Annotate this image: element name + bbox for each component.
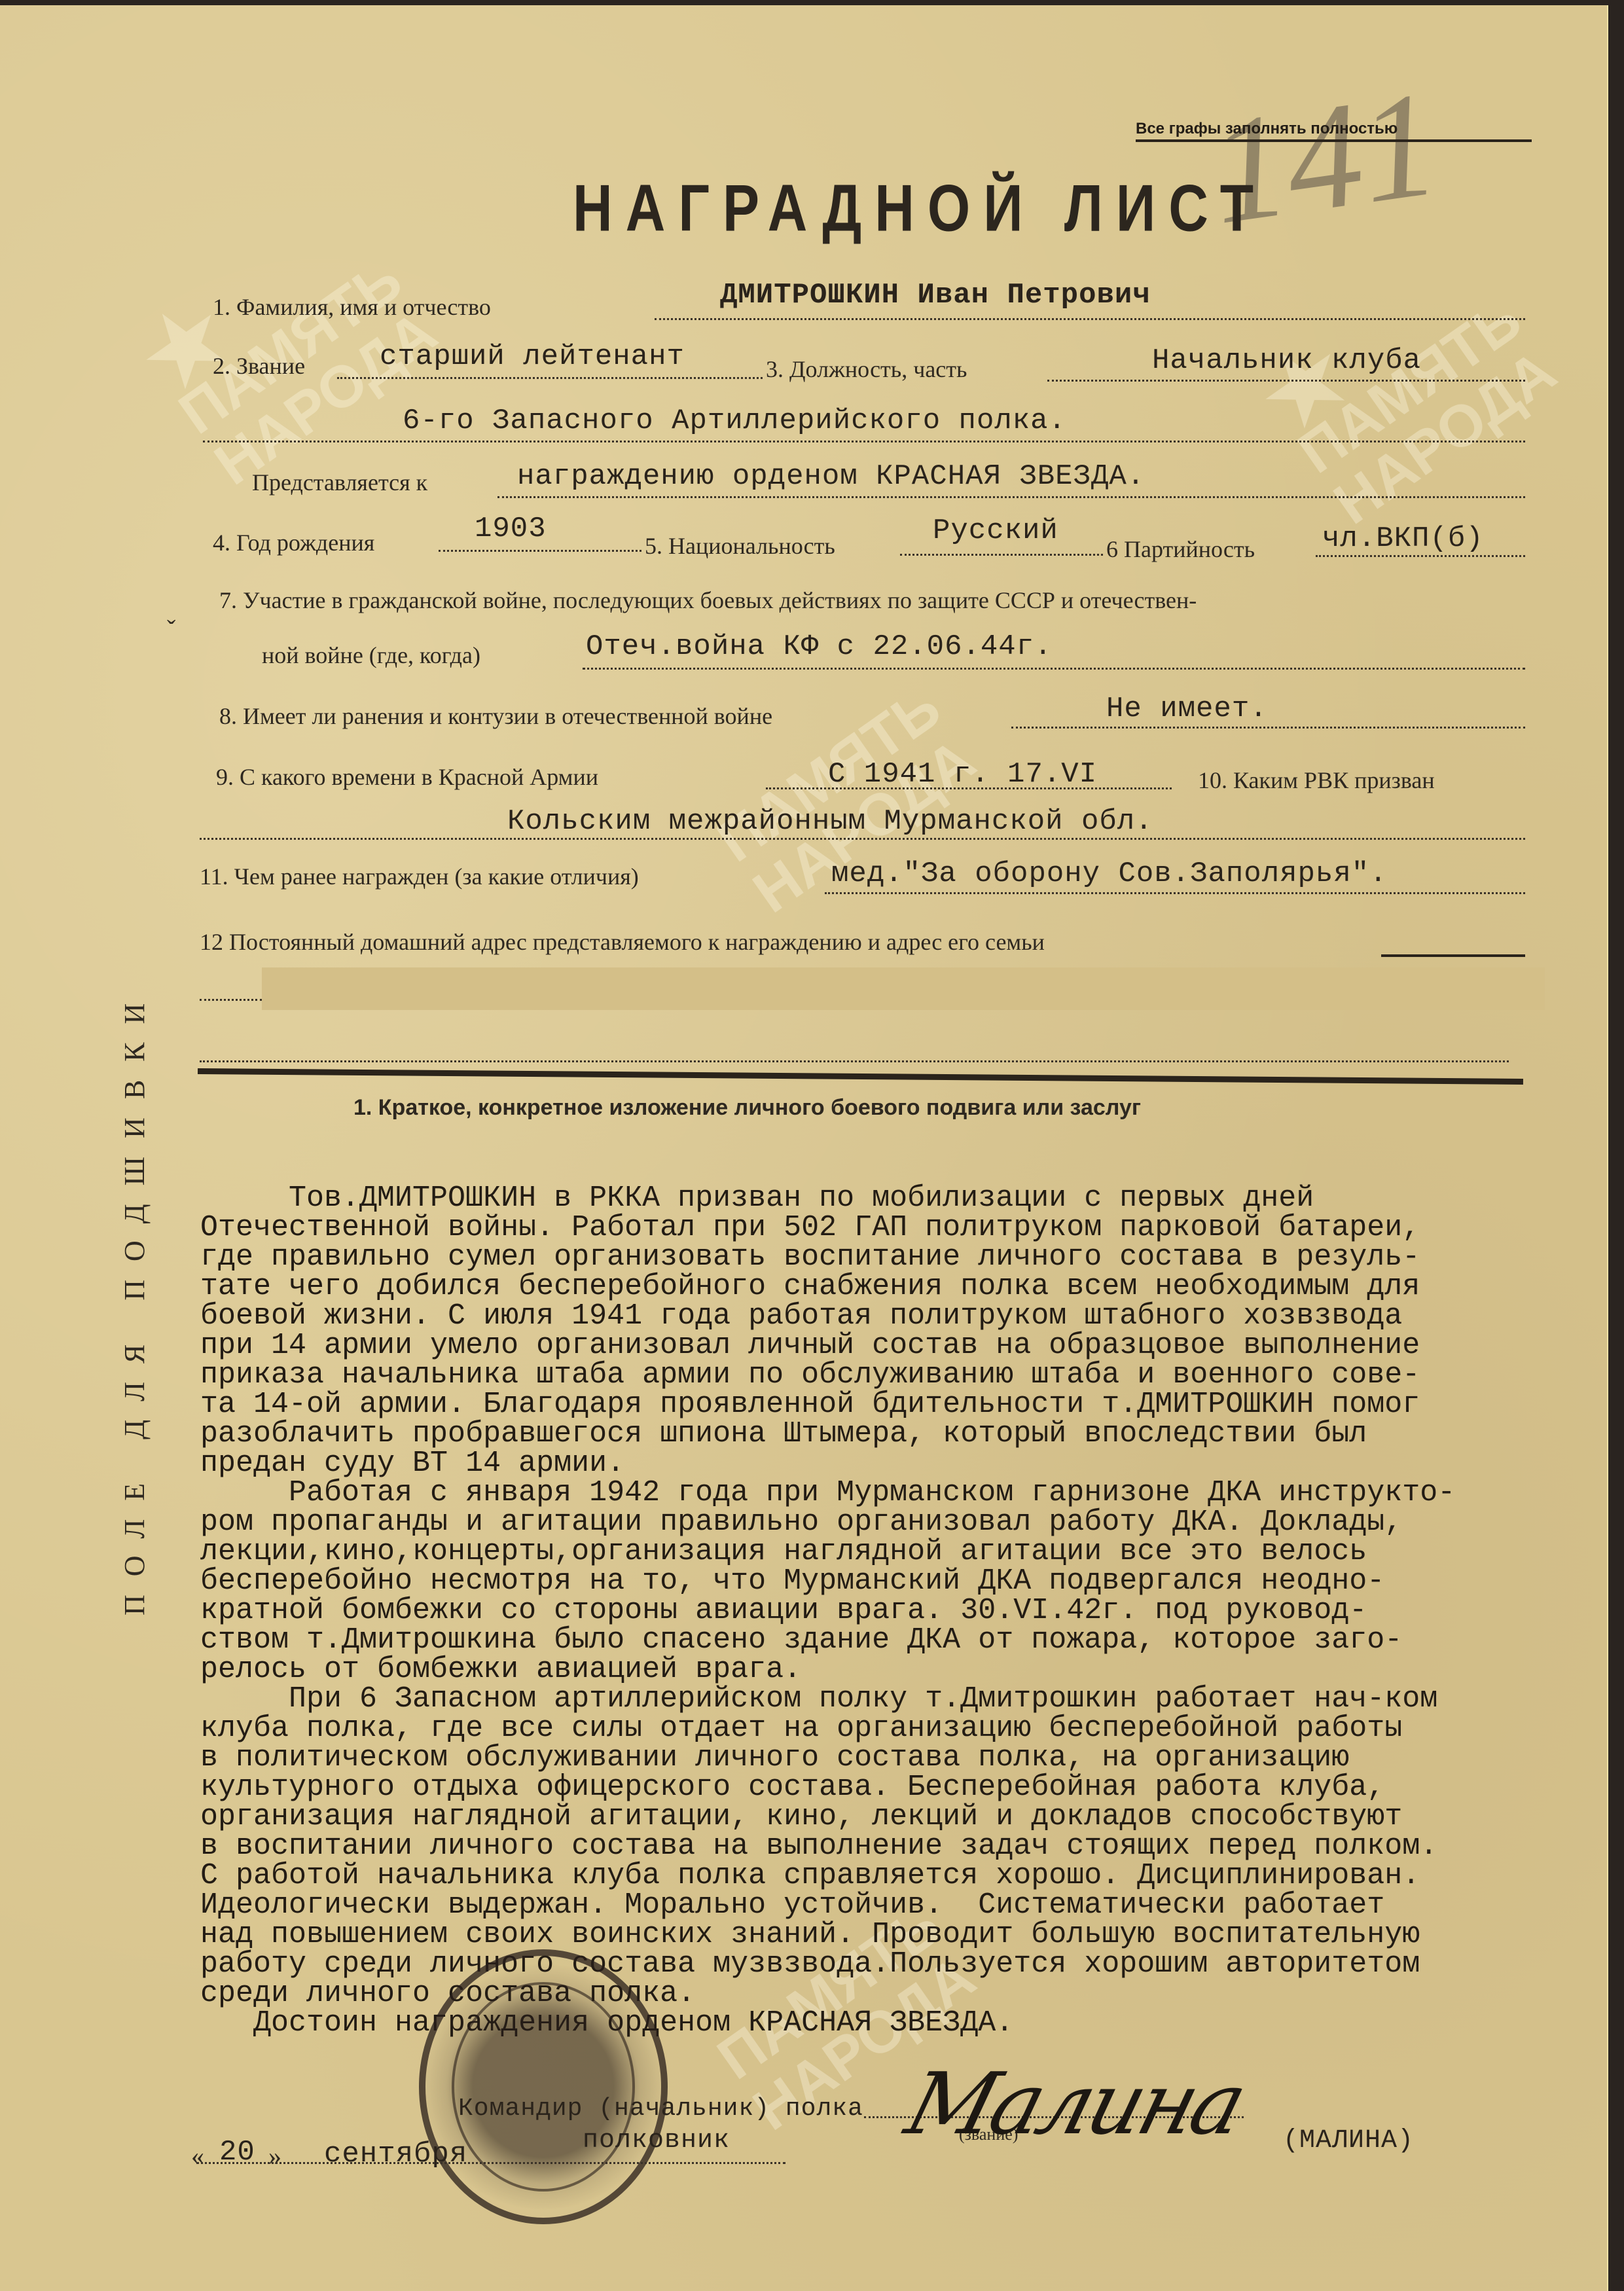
date-month: сентября — [324, 2138, 467, 2171]
narrative-line: клуба полка, где все силы отдает на орга… — [200, 1714, 1621, 1743]
narrative-line: работу среди личного состава музвзвода.П… — [200, 1949, 1621, 1979]
narrative-line: предан суду ВТ 14 армии. — [200, 1449, 1621, 1478]
narrative-line: разоблачить пробравшегося шпиона Штымера… — [200, 1419, 1621, 1449]
narrative-line: лекции,кино,концерты,организация наглядн… — [200, 1537, 1621, 1566]
hint-underline — [1136, 139, 1532, 142]
field-3-value: Начальник клуба — [1152, 344, 1421, 377]
narrative-line: релось от бомбежки авиацией врага. — [200, 1655, 1621, 1684]
field-12-line — [1381, 954, 1525, 957]
narrative-line: организация наглядной агитации, кино, ле… — [200, 1802, 1621, 1831]
field-4-value: 1903 — [475, 513, 547, 545]
page-title: НАГРАДНОЙ ЛИСТ — [573, 170, 1267, 246]
field-11-value: мед."За оборону Сов.Заполярья". — [831, 857, 1388, 890]
field-11-line — [825, 892, 1525, 894]
official-stamp — [419, 1949, 668, 2224]
award-sheet-page: ★ ПАМЯТЬ НАРОДА ★ ПАМЯТЬ НАРОДА ПАМЯТЬ Н… — [0, 5, 1608, 2291]
narrative-line: ром пропаганды и агитации правильно орга… — [200, 1507, 1621, 1537]
narrative-line: где правильно сумел организовать воспита… — [200, 1242, 1621, 1272]
narrative-line: Тов.ДМИТРОШКИН в РККА призван по мобилиз… — [200, 1183, 1621, 1213]
field-10-label: 10. Каким РВК призван — [1198, 767, 1435, 794]
field-1-line — [655, 318, 1525, 320]
commander-rank: полковник — [583, 2126, 730, 2156]
field-2-value: старший лейтенант — [380, 340, 685, 373]
commander-signature: Малина — [897, 2054, 1254, 2154]
fill-all-fields-hint: Все графы заполнять полностью — [1136, 120, 1398, 138]
narrative-line: Отечественной войны. Работал при 502 ГАП… — [200, 1213, 1621, 1242]
field-8-value: Не имеет. — [1106, 693, 1268, 725]
narrative-line: ством т.Дмитрошкина было спасено здание … — [200, 1625, 1621, 1655]
watermark-right: ★ ПАМЯТЬ НАРОДА — [1252, 237, 1568, 536]
narrative-line: та 14-ой армии. Благодаря проявленной бд… — [200, 1390, 1621, 1419]
narrative-line: при 14 армии умело организовал личный со… — [200, 1331, 1621, 1360]
field-3-line — [1047, 380, 1525, 382]
narrative-line: Идеологически выдержан. Морально устойчи… — [200, 1890, 1621, 1920]
narrative-line: Работая с января 1942 года при Мурманско… — [200, 1478, 1621, 1507]
field-3-value-line2: 6-го Запасного Артиллерийского полка. — [403, 405, 1066, 437]
field-11-label: 11. Чем ранее награжден (за какие отличи… — [200, 863, 639, 890]
field-7-label: 7. Участие в гражданской войне, последую… — [219, 586, 1197, 614]
presented-value: награждению орденом КРАСНАЯ ЗВЕЗДА. — [517, 460, 1145, 493]
commander-role: Командир (начальник) полка — [458, 2095, 863, 2123]
field-1-value: ДМИТРОШКИН Иван Петрович — [720, 279, 1151, 312]
field-2-label: 2. Звание — [213, 352, 305, 380]
presented-label: Представляется к — [252, 469, 427, 496]
date-close-quote: » — [268, 2140, 281, 2171]
field-9-line — [766, 787, 1172, 789]
narrative-line: боевой жизни. С июля 1941 года работая п… — [200, 1301, 1621, 1331]
narrative-line: над повышением своих воинских знаний. Пр… — [200, 1920, 1621, 1949]
field-12-label: 12 Постоянный домашний адрес представляе… — [200, 928, 1045, 956]
field-8-label: 8. Имеет ли ранения и контузии в отечест… — [219, 702, 772, 730]
margin-mark: ˇ — [167, 614, 175, 645]
narrative-line: культурного отдыха офицерского состава. … — [200, 1773, 1621, 1802]
field-12-line2 — [200, 999, 262, 1001]
commander-name: (МАЛИНА) — [1283, 2126, 1414, 2156]
merit-narrative: Тов.ДМИТРОШКИН в РККА призван по мобилиз… — [200, 1183, 1621, 2038]
redacted-address — [262, 967, 1545, 1010]
field-7-label-line2: ной войне (где, когда) — [262, 641, 480, 669]
presented-line — [497, 496, 1525, 498]
field-6-value: чл.ВКП(б) — [1322, 522, 1484, 555]
field-2-line — [337, 377, 763, 379]
narrative-line: При 6 Запасном артиллерийском полку т.Дм… — [200, 1684, 1621, 1714]
field-8-line — [1011, 727, 1525, 729]
field-10-line — [200, 838, 1525, 840]
date-open-quote: « — [191, 2140, 204, 2171]
narrative-line: среди личного состава полка. — [200, 1979, 1621, 2008]
narrative-line: С работой начальника клуба полка справля… — [200, 1861, 1621, 1890]
field-5-value: Русский — [933, 514, 1058, 547]
field-5-label: 5. Национальность — [645, 532, 835, 560]
narrative-line: в политическом обслуживании личного сост… — [200, 1743, 1621, 1773]
field-6-label: 6 Партийность — [1106, 535, 1255, 563]
field-12-line3 — [200, 1060, 1509, 1062]
narrative-line: бесперебойно несмотря на то, что Мурманс… — [200, 1566, 1621, 1596]
binding-margin-label: ПОЛЕ ДЛЯ ПОДШИВКИ — [118, 985, 151, 1615]
field-9-label: 9. С какого времени в Красной Армии — [216, 763, 598, 791]
section-divider — [198, 1068, 1523, 1085]
field-7-line — [583, 668, 1525, 670]
narrative-line: кратной бомбежки со стороны авиации враг… — [200, 1596, 1621, 1625]
field-1-label: 1. Фамилия, имя и отчество — [213, 293, 491, 321]
narrative-line: Достоин награждения орденом КРАСНАЯ ЗВЕЗ… — [200, 2008, 1621, 2038]
narrative-line: приказа начальника штаба армии по обслуж… — [200, 1360, 1621, 1390]
field-4-line — [439, 550, 641, 552]
field-5-line — [900, 554, 1103, 556]
field-4-label: 4. Год рождения — [213, 529, 374, 556]
stamp-inner-ring — [452, 1982, 635, 2192]
field-3-label: 3. Должность, часть — [766, 355, 967, 383]
field-10-value: Кольским межрайонным Мурманской обл. — [507, 805, 1153, 838]
field-7-value: Отеч.война КФ с 22.06.44г. — [586, 630, 1053, 663]
section-heading: 1. Краткое, конкретное изложение личного… — [353, 1095, 1141, 1121]
field-6-line — [1316, 555, 1525, 557]
narrative-line: в воспитании личного состава на выполнен… — [200, 1831, 1621, 1861]
field-3-line2 — [203, 441, 1525, 442]
date-line — [196, 2162, 785, 2164]
field-9-value: С 1941 г. 17.VI — [828, 758, 1097, 791]
narrative-line: тате чего добился бесперебойного снабжен… — [200, 1272, 1621, 1301]
